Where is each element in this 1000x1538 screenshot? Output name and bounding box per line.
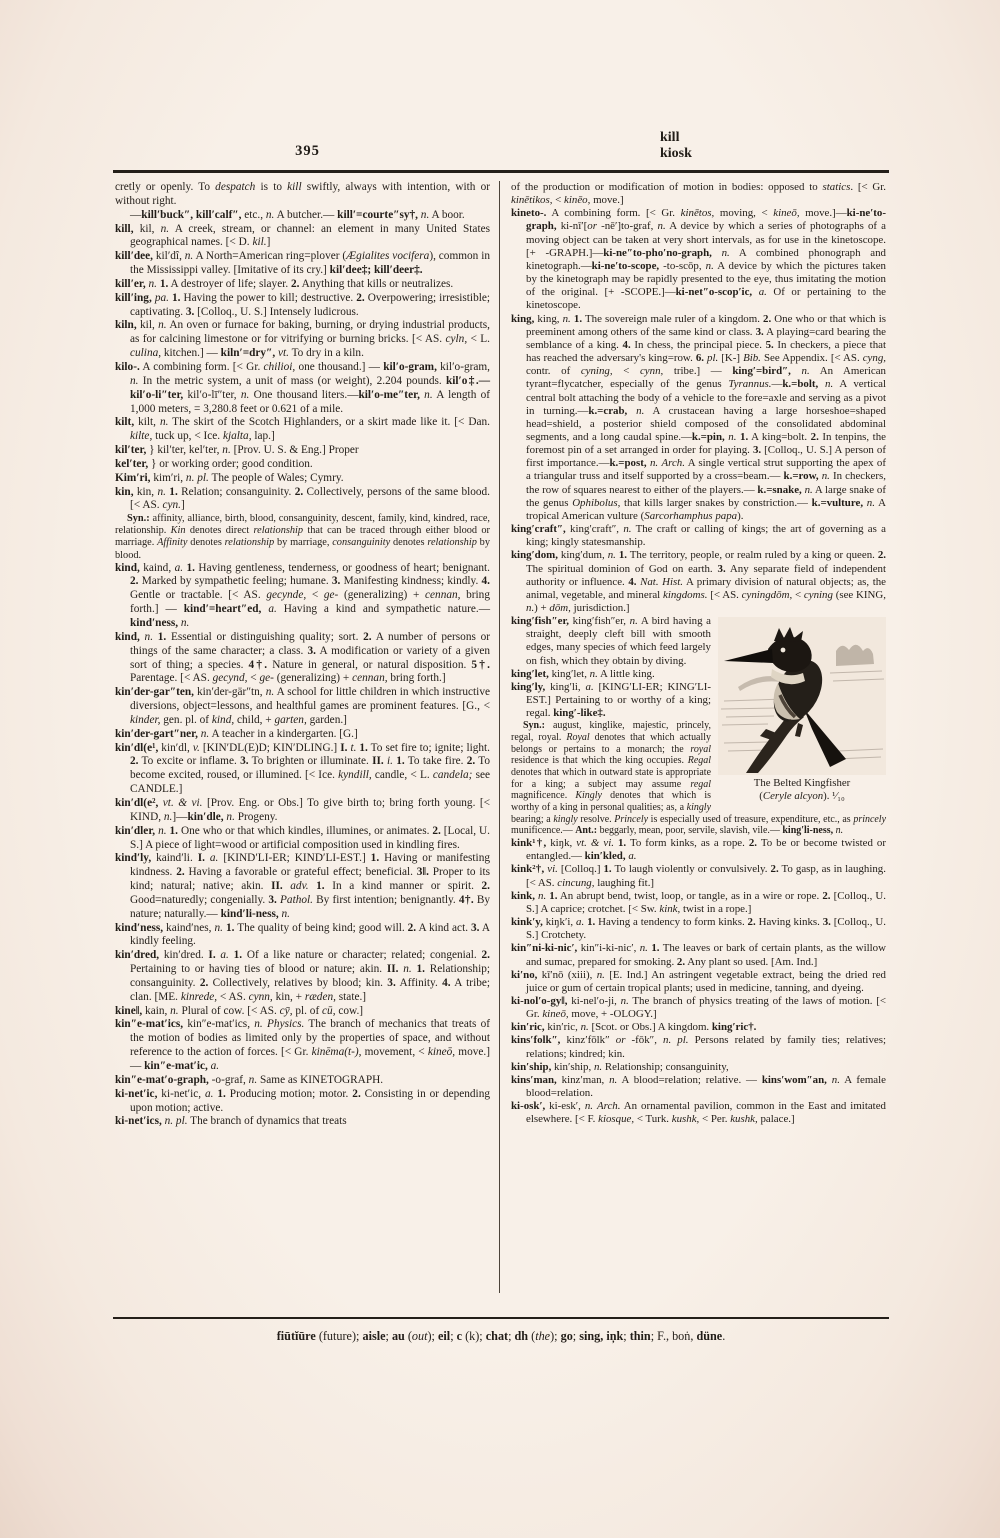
dictionary-entry: ki-net′ic, ki-net′ic, a. 1. Producing mo…	[115, 1088, 490, 1116]
dictionary-entry: cretly or openly. To despatch is to kill…	[115, 181, 490, 209]
dictionary-entry: kin″e-mat′ics, kin″e-mat′ics, n. Physics…	[115, 1018, 490, 1073]
dictionary-entry: kil′ter, } kil′ter, kel′ter, n. [Prov. U…	[115, 444, 490, 472]
dictionary-entry: kill′ing, pa. 1. Having the power to kil…	[115, 292, 490, 320]
dictionary-entry: kin″ni-ki-nic′, kin″i-ki-nic′, n. 1. The…	[511, 942, 886, 968]
dictionary-entry: kin″e-mat′o-graph, -o-graf, n. Same as K…	[115, 1074, 490, 1088]
dictionary-entry: kind′ly, kaind′li. I. a. [KIND′LI-ER; KI…	[115, 852, 490, 921]
dictionary-entry: kill′er, n. 1. A destroyer of life; slay…	[115, 278, 490, 292]
dictionary-entry: kink, n. 1. An abrupt bend, twist, loop,…	[511, 890, 886, 916]
dictionary-entry: kink¹†, kiŋk, vt. & vi. 1. To form kinks…	[511, 837, 886, 863]
dictionary-entry: kine‖, kain, n. Plural of cow. [< AS. cȳ…	[115, 1005, 490, 1019]
dictionary-entry: ki′no, kī′nō (xiii), n. [E. Ind.] An ast…	[511, 969, 886, 995]
dictionary-entry: ki-net′ics, n. pl. The branch of dynamic…	[115, 1115, 490, 1129]
dictionary-entry: kilo-. A combining form. [< Gr. chilioi,…	[115, 361, 490, 416]
guide-word-last: kiosk	[660, 146, 692, 162]
dictionary-entry: king, king, n. 1. The sovereign male rul…	[511, 313, 886, 524]
dictionary-entry: kin′dl(e², vt. & vi. [Prov. Eng. or Obs.…	[115, 797, 490, 825]
dictionary-entry: Kim′ri, kim′ri, n. pl. The people of Wal…	[115, 472, 490, 486]
dictionary-entry: kiln, kil, n. An oven or furnace for bak…	[115, 319, 490, 361]
dictionary-entry: kin′der-gart″ner, n. A teacher in a kind…	[115, 728, 490, 742]
dictionary-entry: kin′ship, kin′ship, n. Relationship; con…	[511, 1061, 886, 1074]
dictionary-page: 395 kill kiosk cretly or openly. To desp…	[0, 0, 1000, 1538]
dictionary-entry: ki-osk′, ki-esk′, n. Arch. An ornamental…	[511, 1100, 886, 1126]
dictionary-entry: kins′man, kinz′man, n. A blood=relation;…	[511, 1074, 886, 1100]
dictionary-entry: kin, kin, n. 1. Relation; consanguinity.…	[115, 486, 490, 514]
dictionary-entry: Syn.: affinity, alliance, birth, blood, …	[115, 513, 490, 561]
dictionary-entry: kilt, kilt, n. The skirt of the Scotch H…	[115, 416, 490, 444]
pronunciation-key: fiūtĭūre (future); aisle; au (out); eil;…	[115, 1329, 887, 1344]
guide-word-first: kill	[660, 130, 692, 146]
dictionary-entry: kin′dred, kin′dred. I. a. 1. Of a like n…	[115, 949, 490, 1004]
dictionary-entry: kill, kil, n. A creek, stream, or channe…	[115, 223, 490, 251]
dictionary-entry: —kill′buck″, kill′calf″, etc., n. A butc…	[115, 209, 490, 223]
dictionary-entry: kind′ness, kaind′nes, n. 1. The quality …	[115, 922, 490, 950]
kingfisher-engraving-icon	[718, 617, 886, 775]
dictionary-entry: kill′dee, kil′dî, n. A North=American ri…	[115, 250, 490, 278]
footer-rule	[113, 1317, 889, 1319]
kingfisher-figure: The Belted Kingfisher(Ceryle alcyon). ¹⁄…	[718, 617, 886, 803]
dictionary-entry: kin′ric, kin′ric, n. [Scot. or Obs.] A k…	[511, 1021, 886, 1034]
guide-words: kill kiosk	[660, 130, 692, 162]
text-columns: cretly or openly. To despatch is to kill…	[115, 181, 887, 1293]
dictionary-entry: kind, n. 1. Essential or distinguishing …	[115, 631, 490, 686]
dictionary-entry: king′craft″, king′craft″, n. The craft o…	[511, 523, 886, 549]
header-rule	[113, 170, 889, 173]
figure-caption: The Belted Kingfisher(Ceryle alcyon). ¹⁄…	[718, 777, 886, 803]
right-column-top: of the production or modification of mot…	[511, 181, 886, 615]
page-number: 395	[115, 143, 500, 160]
dictionary-entry: kind, kaind, a. 1. Having gentleness, te…	[115, 562, 490, 631]
dictionary-entry: kink′y, kiŋk′i, a. 1. Having a tendency …	[511, 916, 886, 942]
dictionary-entry: king′dom, king′dum, n. 1. The territory,…	[511, 549, 886, 615]
dictionary-entry: kin′der-gar″ten, kin′der-gär″tn, n. A sc…	[115, 686, 490, 728]
right-column: of the production or modification of mot…	[499, 181, 886, 1293]
dictionary-entry: kink²†, vi. [Colloq.] 1. To laugh violen…	[511, 863, 886, 889]
left-column: cretly or openly. To despatch is to kill…	[115, 181, 499, 1293]
dictionary-entry: of the production or modification of mot…	[511, 181, 886, 207]
dictionary-entry: kin′dler, n. 1. One who or that which ki…	[115, 825, 490, 853]
dictionary-entry: ki-nol′o-gy‖, ki-nel′o-ji, n. The branch…	[511, 995, 886, 1021]
dictionary-entry: kin′dl(e¹, kin′dl, v. [KIN′DL(E)D; KIN′D…	[115, 742, 490, 797]
page-header: 395 kill kiosk	[115, 130, 887, 170]
dictionary-entry: kins′folk″, kinz′fōlk″ or -fōk″, n. pl. …	[511, 1034, 886, 1060]
dictionary-entry: kineto-. A combining form. [< Gr. kinēto…	[511, 207, 886, 312]
